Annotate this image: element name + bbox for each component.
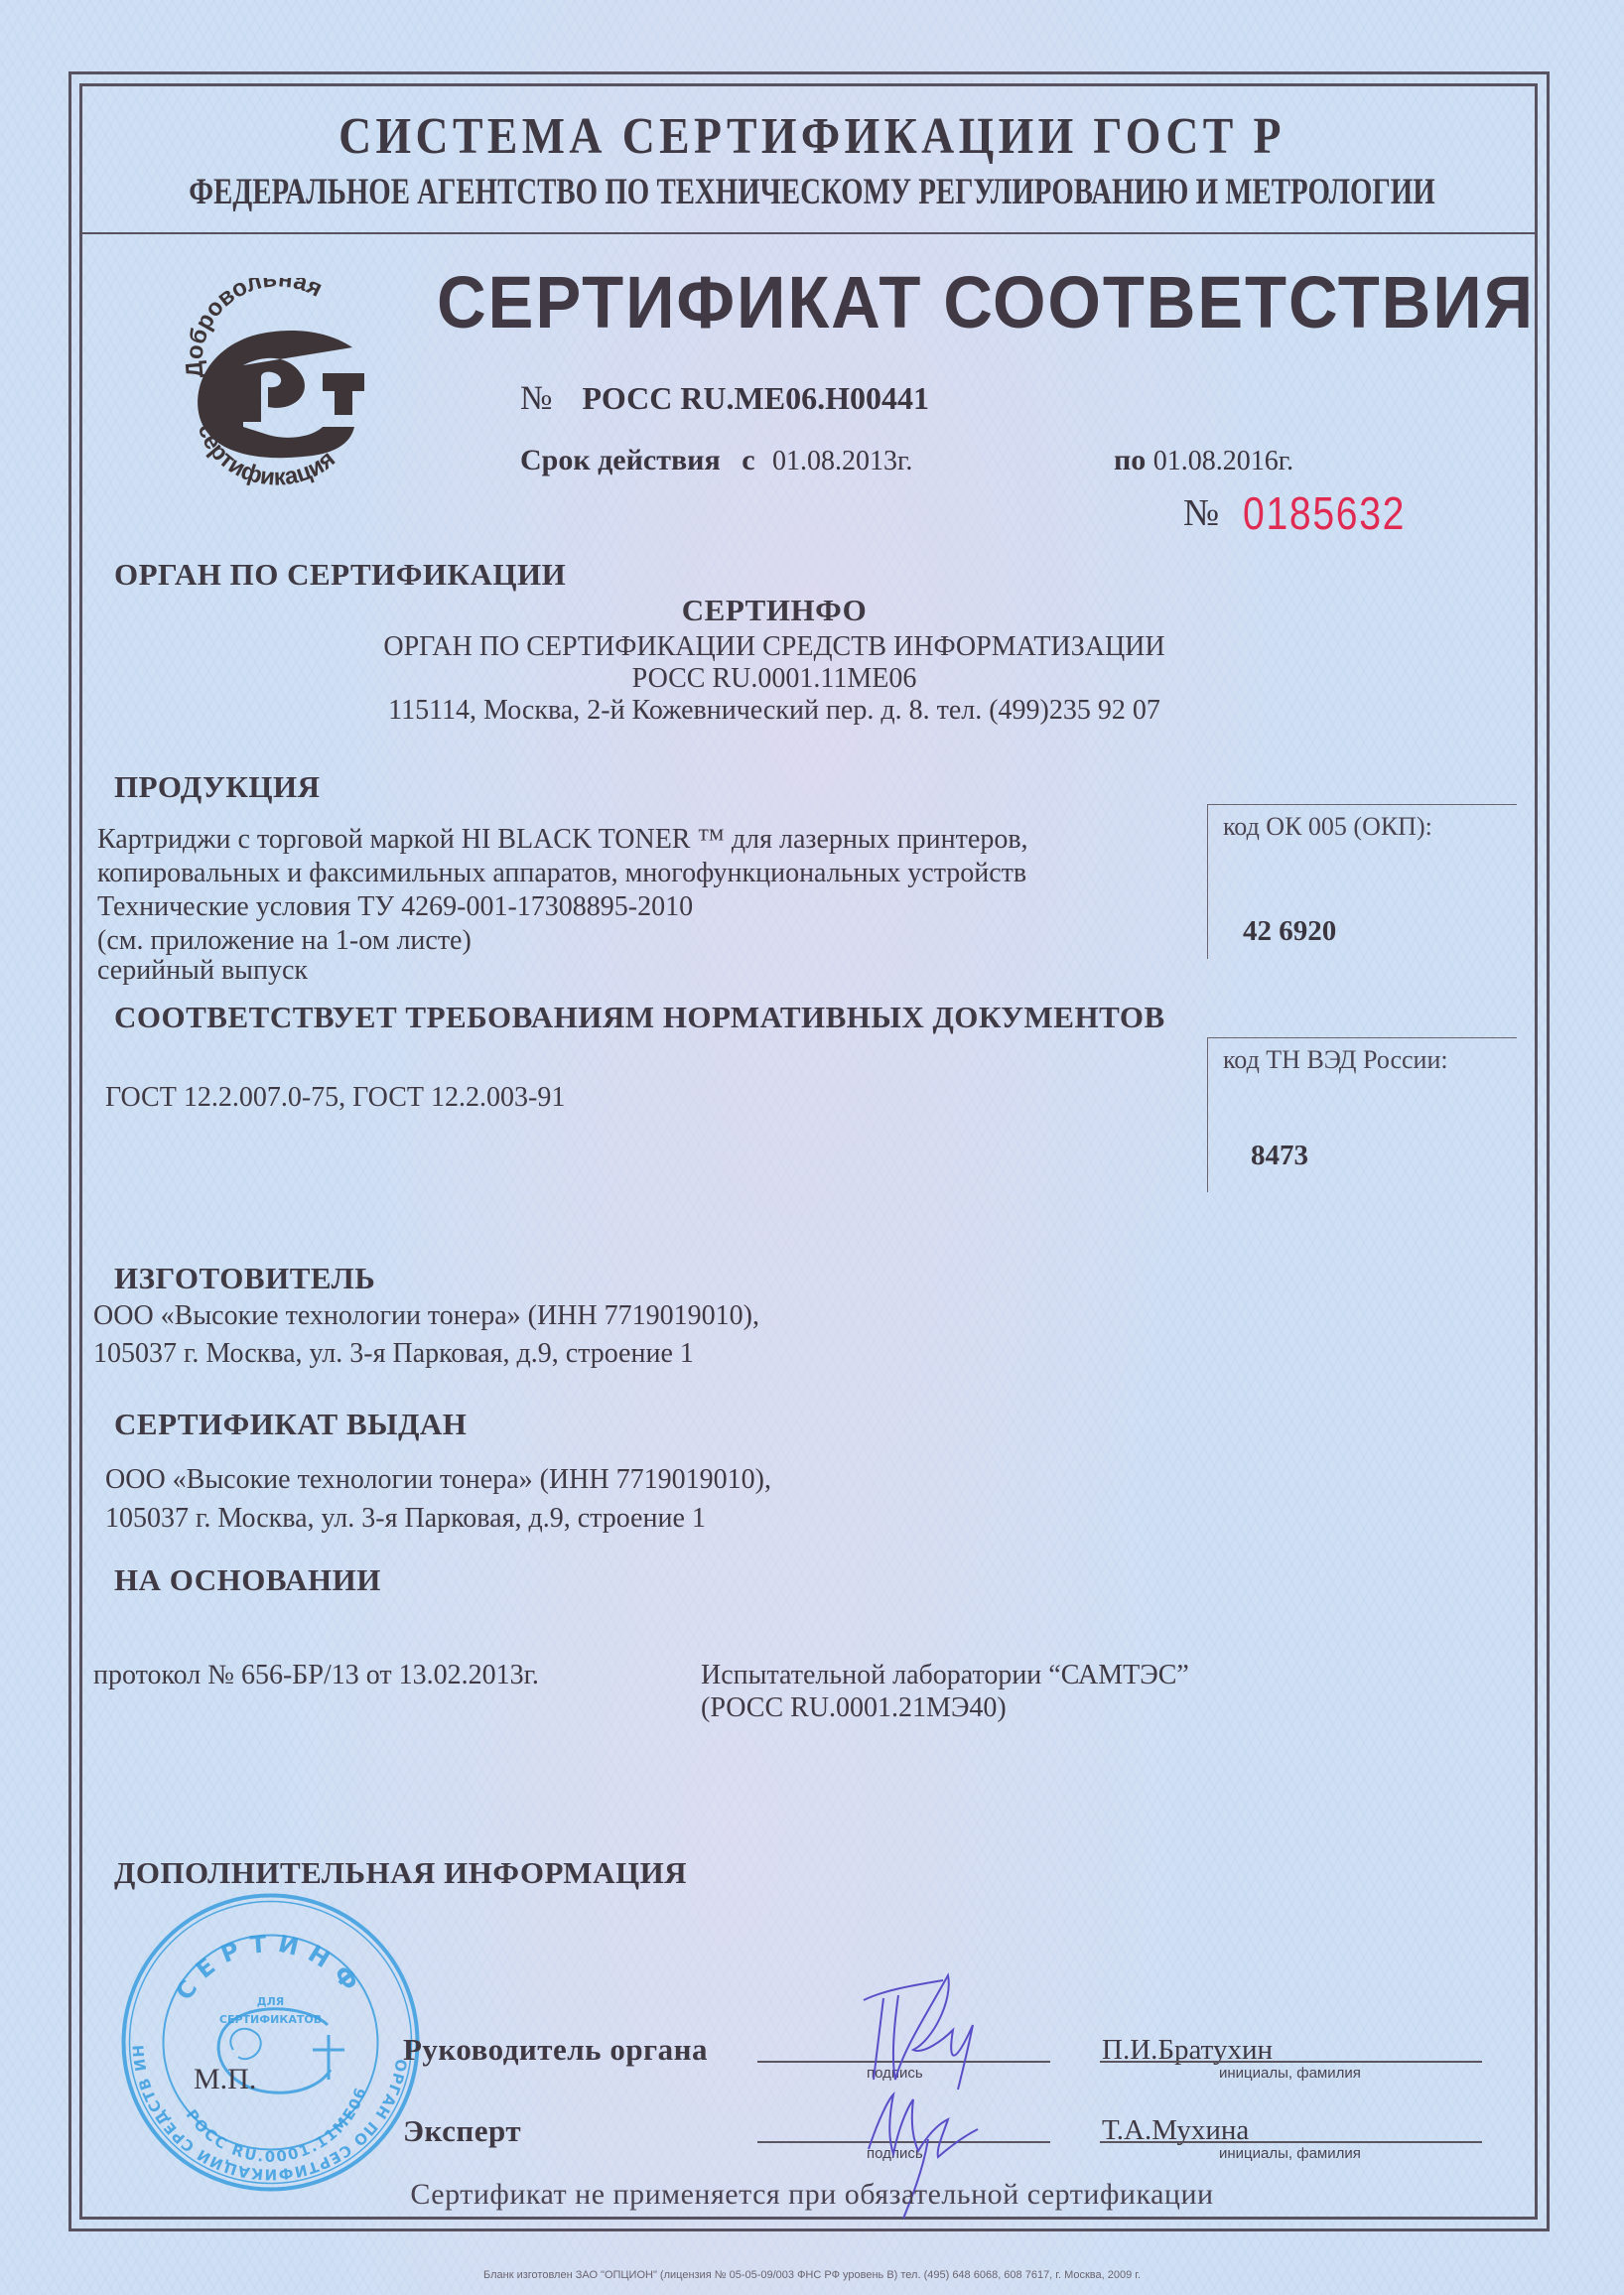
okp-label: код ОК 005 (ОКП): <box>1223 812 1432 842</box>
valid-to-row: по 01.08.2016г. <box>1114 444 1293 477</box>
manufacturer-line: 105037 г. Москва, ул. 3-я Парковая, д.9,… <box>93 1338 694 1370</box>
okp-box-left <box>1207 804 1208 959</box>
registration-number: РОСС RU.ME06.H00441 <box>582 380 929 416</box>
tnved-label: код ТН ВЭД России: <box>1223 1045 1448 1075</box>
blank-printer-info: Бланк изготовлен ЗАО "ОПЦИОН" (лицензия … <box>0 2269 1624 2281</box>
rst-logo-icon: Добровольная сертификация <box>174 278 382 486</box>
serial-number-sign: № <box>1183 492 1219 534</box>
product-line: (см. приложение на 1-ом листе) <box>97 925 472 957</box>
tnved-value: 8473 <box>1251 1140 1308 1172</box>
voluntary-certification-notice: Сертификат не применяется при обязательн… <box>0 2178 1624 2212</box>
head-name-caption: инициалы, фамилия <box>1219 2065 1361 2082</box>
certification-body-address: 115114, Москва, 2-й Кожевнический пер. д… <box>278 695 1271 727</box>
certification-body-accreditation: РОСС RU.0001.11МЕ06 <box>278 663 1271 695</box>
header-divider <box>81 232 1537 234</box>
okp-box-top <box>1207 804 1517 805</box>
tnved-box-left <box>1207 1037 1208 1192</box>
certification-body-name: СЕРТИНФО <box>278 593 1271 628</box>
issued-to-line: ООО «Высокие технологии тонера» (ИНН 771… <box>105 1464 771 1496</box>
system-title: СИСТЕМА СЕРТИФИКАЦИИ ГОСТ Р <box>97 107 1527 166</box>
seal-place-label: М.П. <box>194 2063 256 2096</box>
certification-body-full-name: ОРГАН ПО СЕРТИФИКАЦИИ СРЕДСТВ ИНФОРМАТИЗ… <box>278 631 1271 663</box>
valid-from-label: с <box>742 444 754 476</box>
issued-to-line: 105037 г. Москва, ул. 3-я Парковая, д.9,… <box>105 1503 706 1535</box>
valid-to-date: 01.08.2016г. <box>1153 446 1293 476</box>
tnved-box-top <box>1207 1037 1517 1038</box>
basis-heading: НА ОСНОВАНИИ <box>114 1562 381 1598</box>
validity-label: Срок действия <box>520 444 721 476</box>
registration-row: № РОСС RU.ME06.H00441 <box>520 380 929 418</box>
compliance-standards: ГОСТ 12.2.007.0-75, ГОСТ 12.2.003-91 <box>105 1082 565 1114</box>
official-stamp-icon: ОРГАН ПО СЕРТИФИКАЦИИ СРЕДСТВ ИНФОРМАТИЗ… <box>114 1886 427 2199</box>
issued-to-heading: СЕРТИФИКАТ ВЫДАН <box>114 1407 467 1442</box>
number-sign: № <box>520 380 552 417</box>
okp-value: 42 6920 <box>1243 915 1336 948</box>
compliance-heading: СООТВЕТСТВУЕТ ТРЕБОВАНИЯМ НОРМАТИВНЫХ ДО… <box>114 1000 1165 1035</box>
head-name-line <box>1100 2061 1482 2063</box>
expert-name-caption: инициалы, фамилия <box>1219 2145 1361 2162</box>
product-line: копировальных и факсимильных аппаратов, … <box>97 858 1026 889</box>
product-line: Технические условия ТУ 4269-001-17308895… <box>97 891 693 923</box>
basis-lab: Испытательной лаборатории “САМТЭС” <box>701 1660 1189 1691</box>
certification-body-heading: ОРГАН ПО СЕРТИФИКАЦИИ <box>114 557 566 593</box>
expert-label: Эксперт <box>403 2113 521 2149</box>
manufacturer-line: ООО «Высокие технологии тонера» (ИНН 771… <box>93 1300 759 1332</box>
manufacturer-heading: ИЗГОТОВИТЕЛЬ <box>114 1261 375 1296</box>
serial-row: № <box>1183 491 1219 535</box>
agency-name: ФЕДЕРАЛЬНОЕ АГЕНТСТВО ПО ТЕХНИЧЕСКОМУ РЕ… <box>179 171 1445 213</box>
product-heading: ПРОДУКЦИЯ <box>114 769 320 805</box>
stamp-center-line2: СЕРТИФИКАТОВ <box>219 2013 322 2026</box>
valid-from-date: 01.08.2013г. <box>772 446 912 476</box>
basis-lab-accreditation: (РОСС RU.0001.21МЭ40) <box>701 1692 1007 1724</box>
certificate-title: СЕРТИФИКАТ СООТВЕТСТВИЯ <box>437 260 1535 344</box>
validity-row: Срок действия с 01.08.2013г. <box>520 444 912 477</box>
stamp-center-line1: ДЛЯ <box>257 1995 284 2008</box>
product-line: Картриджи с торговой маркой HI BLACK TON… <box>97 824 1028 856</box>
head-of-body-label: Руководитель органа <box>403 2032 708 2068</box>
product-line: серийный выпуск <box>97 955 308 987</box>
expert-name-line <box>1100 2141 1482 2143</box>
head-signature-icon <box>854 1970 1003 2090</box>
valid-to-label: по <box>1114 444 1146 476</box>
serial-number: 0185632 <box>1243 486 1406 540</box>
basis-protocol: протокол № 656-БР/13 от 13.02.2013г. <box>93 1660 539 1691</box>
